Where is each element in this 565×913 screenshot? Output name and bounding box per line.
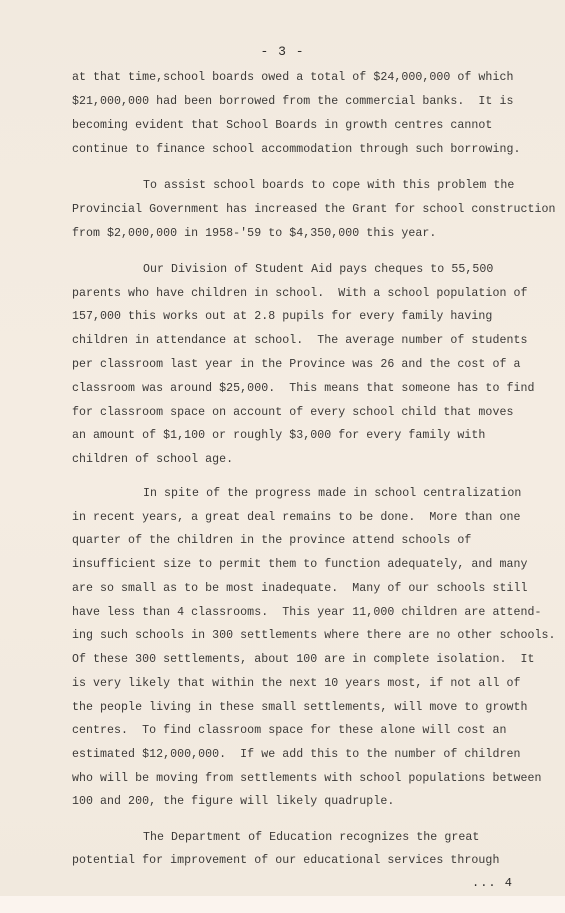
paragraph-3-line-6: classroom was around $25,000. This means… <box>72 382 535 396</box>
paragraph-2-line-2: Provincial Government has increased the … <box>72 203 556 217</box>
paragraph-3-line-8: an amount of $1,100 or roughly $3,000 fo… <box>72 429 485 443</box>
continuation-marker: ... 4 <box>472 876 513 890</box>
paragraph-4-line-8: Of these 300 settlements, about 100 are … <box>72 653 535 667</box>
paragraph-4-line-5: are so small as to be most inadequate. M… <box>72 582 527 596</box>
paragraph-4-line-10: the people living in these small settlem… <box>72 701 527 715</box>
paragraph-1-line-3: becoming evident that School Boards in g… <box>72 119 492 133</box>
paragraph-3-line-7: for classroom space on account of every … <box>72 406 513 420</box>
paragraph-3-line-9: children of school age. <box>72 453 233 467</box>
paragraph-4-line-2: in recent years, a great deal remains to… <box>72 511 520 525</box>
page-number: - 3 - <box>0 44 565 59</box>
scan-bottom-margin <box>0 896 565 913</box>
paragraph-4-line-14: 100 and 200, the figure will likely quad… <box>72 795 394 809</box>
paragraph-3-line-4: children in attendance at school. The av… <box>72 334 527 348</box>
paragraph-4-line-1: In spite of the progress made in school … <box>143 487 521 501</box>
paragraph-4-line-11: centres. To find classroom space for the… <box>72 724 506 738</box>
paragraph-3-line-1: Our Division of Student Aid pays cheques… <box>143 263 493 277</box>
paragraph-1-line-1: at that time,school boards owed a total … <box>72 71 513 85</box>
paragraph-4-line-4: insufficient size to permit them to func… <box>72 558 527 572</box>
document-page: - 3 - at that time,school boards owed a … <box>0 0 565 896</box>
paragraph-4-line-3: quarter of the children in the province … <box>72 534 471 548</box>
paragraph-4-line-7: ing such schools in 300 settlements wher… <box>72 629 556 643</box>
paragraph-2-line-3: from $2,000,000 in 1958-'59 to $4,350,00… <box>72 227 436 241</box>
paragraph-5-line-1: The Department of Education recognizes t… <box>143 831 479 845</box>
paragraph-4-line-9: is very likely that within the next 10 y… <box>72 677 520 691</box>
paragraph-3-line-3: 157,000 this works out at 2.8 pupils for… <box>72 310 492 324</box>
paragraph-4-line-13: who will be moving from settlements with… <box>72 772 542 786</box>
paragraph-1-line-4: continue to finance school accommodation… <box>72 143 520 157</box>
paragraph-3-line-5: per classroom last year in the Province … <box>72 358 520 372</box>
paragraph-5-line-2: potential for improvement of our educati… <box>72 854 499 868</box>
paragraph-1-line-2: $21,000,000 had been borrowed from the c… <box>72 95 513 109</box>
paragraph-3-line-2: parents who have children in school. Wit… <box>72 287 527 301</box>
paragraph-4-line-12: estimated $12,000,000. If we add this to… <box>72 748 520 762</box>
paragraph-4-line-6: have less than 4 classrooms. This year 1… <box>72 606 542 620</box>
paragraph-2-line-1: To assist school boards to cope with thi… <box>143 179 514 193</box>
